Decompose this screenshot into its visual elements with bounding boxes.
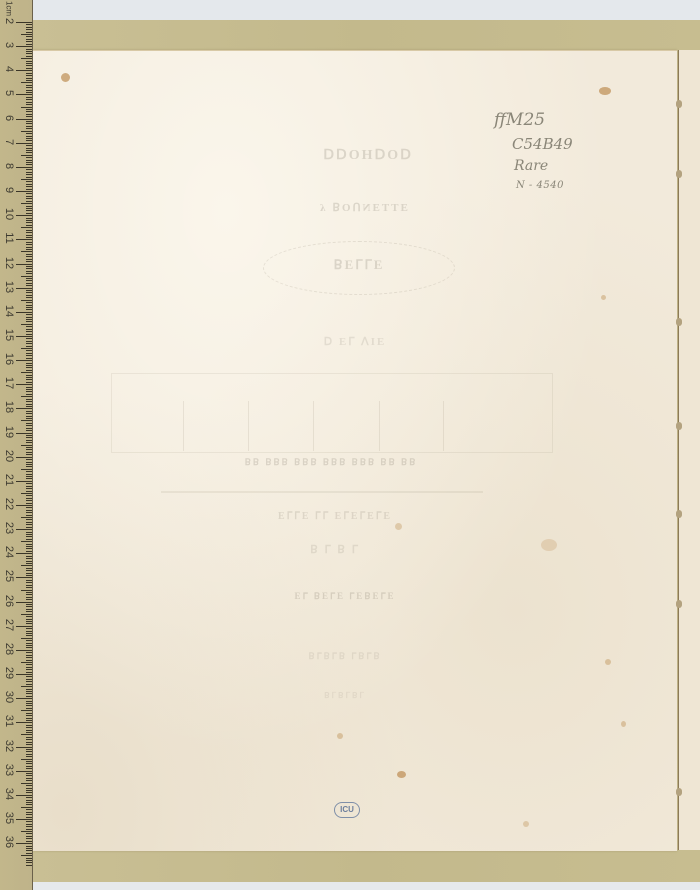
- ruler-mm-tick: [21, 855, 32, 856]
- ruler-mm-tick: [26, 669, 32, 670]
- ruler-mm-tick: [26, 334, 32, 335]
- ruler-mm-tick: [26, 437, 32, 438]
- ruler-mm-tick: [21, 662, 32, 663]
- ruler-mm-tick: [26, 68, 32, 69]
- ruler-mm-tick: [26, 664, 32, 665]
- ruler-cm-label: 30: [3, 689, 15, 705]
- ruler-mm-tick: [26, 544, 32, 545]
- ghost-imprint-5: ꓶꓭꓶꓭꓶꓭ: [223, 691, 463, 700]
- ruler-mm-tick: [26, 548, 32, 549]
- ruler-cm-label: 3: [3, 37, 15, 53]
- ruler-mm-tick: [26, 247, 32, 248]
- foxing-stain: [523, 821, 529, 827]
- ruler-mm-tick: [26, 838, 32, 839]
- ruler-mm-tick: [26, 75, 32, 76]
- ruler-mm-tick: [26, 411, 32, 412]
- ruler-cm-label: 31: [3, 713, 15, 729]
- ruler-mm-tick: [26, 220, 32, 221]
- ghost-title: ᗡOᗡHOᗡᗡ: [281, 147, 451, 164]
- ruler-cm-label: 29: [3, 665, 15, 681]
- ruler-mm-tick: [26, 136, 32, 137]
- ruler-cm-label: 23: [3, 520, 15, 536]
- ruler-mm-tick: [26, 230, 32, 231]
- ruler-mm-tick: [26, 546, 32, 547]
- ruler-mm-tick: [26, 413, 32, 414]
- ruler-mm-tick: [21, 614, 32, 615]
- ruler-mm-tick: [26, 283, 32, 284]
- ruler-mm-tick: [26, 524, 32, 525]
- ruler-mm-tick: [26, 27, 32, 28]
- ruler-mm-tick: [26, 235, 32, 236]
- ruler-mm-tick: [26, 184, 32, 185]
- ruler-mm-tick: [21, 734, 32, 735]
- ruler-mm-tick: [26, 109, 32, 110]
- ruler-mm-tick: [26, 244, 32, 245]
- ruler-mm-tick: [26, 367, 32, 368]
- ruler-mm-tick: [26, 592, 32, 593]
- ruler-mm-tick: [26, 763, 32, 764]
- ruler-mm-tick: [26, 346, 32, 347]
- ruler-mm-tick: [26, 331, 32, 332]
- ruler-mm-tick: [26, 285, 32, 286]
- ruler-mm-tick: [26, 804, 32, 805]
- ruler-mm-tick: [26, 418, 32, 419]
- ruler-cm-label: 16: [3, 351, 15, 367]
- ruler-mm-tick: [26, 280, 32, 281]
- ruler-mm-tick: [26, 498, 32, 499]
- ruler-mm-tick: [21, 783, 32, 784]
- ruler-mm-tick: [26, 536, 32, 537]
- ruler-mm-tick: [26, 860, 32, 861]
- ruler-cm-label: 19: [3, 424, 15, 440]
- ruler-cm-label: 15: [3, 327, 15, 343]
- ruler-cm-tick: [16, 408, 32, 409]
- ruler-mm-tick: [26, 817, 32, 818]
- ruler-mm-tick: [26, 97, 32, 98]
- call-number-line-1: ffM25: [494, 112, 592, 129]
- ruler-mm-tick: [26, 355, 32, 356]
- ruler-mm-tick: [26, 307, 32, 308]
- ruler-mm-tick: [26, 278, 32, 279]
- ruler-cm-label: 4: [3, 61, 15, 77]
- ruler-cm-tick: [16, 505, 32, 506]
- ruler-mm-tick: [26, 256, 32, 257]
- ruler-cm-tick: [16, 46, 32, 47]
- ruler-mm-tick: [26, 314, 32, 315]
- ruler-mm-tick: [26, 597, 32, 598]
- ruler-mm-tick: [26, 833, 32, 834]
- ruler-mm-tick: [21, 565, 32, 566]
- ghost-imprint-1: ƎꓶƎꓶƎꓶƎ ꓶꓶ ƎꓶꓶƎ: [173, 511, 493, 522]
- ruler-mm-tick: [26, 519, 32, 520]
- ruler-cm-tick: [16, 674, 32, 675]
- ruler-cm-label: 27: [3, 617, 15, 633]
- ruler-mm-tick: [26, 208, 32, 209]
- foxing-stain: [541, 539, 557, 551]
- ruler-mm-tick: [26, 150, 32, 151]
- ruler-mm-tick: [26, 720, 32, 721]
- ruler-mm-tick: [26, 309, 32, 310]
- ruler-mm-tick: [26, 768, 32, 769]
- ruler-mm-tick: [26, 254, 32, 255]
- ruler-mm-tick: [26, 121, 32, 122]
- ruler-mm-tick: [21, 590, 32, 591]
- ruler-mm-tick: [26, 512, 32, 513]
- ruler-mm-tick: [26, 399, 32, 400]
- ruler-cm-label: 18: [3, 399, 15, 415]
- ruler-mm-tick: [26, 133, 32, 134]
- ruler-mm-tick: [26, 174, 32, 175]
- ruler-mm-tick: [26, 582, 32, 583]
- ruler-mm-tick: [26, 193, 32, 194]
- ruler-mm-tick: [26, 201, 32, 202]
- ruler-mm-tick: [26, 259, 32, 260]
- ruler-mm-tick: [26, 169, 32, 170]
- ruler-cm-tick: [16, 843, 32, 844]
- ruler-mm-tick: [21, 58, 32, 59]
- ruler-mm-tick: [26, 305, 32, 306]
- ruler-cm-label: 20: [3, 448, 15, 464]
- ruler-mm-tick: [26, 172, 32, 173]
- ghost-imprint-4: ꓭꓶꓭꓶ ꓭꓶꓭꓶꓭ: [203, 651, 483, 662]
- ruler-cm-tick: [16, 433, 32, 434]
- ruler-mm-tick: [26, 621, 32, 622]
- ruler-cm-label: 33: [3, 762, 15, 778]
- ruler-mm-tick: [21, 469, 32, 470]
- ruler-mm-tick: [26, 474, 32, 475]
- ruler-mm-tick: [26, 778, 32, 779]
- ruler-mm-tick: [26, 826, 32, 827]
- ruler-mm-tick: [26, 382, 32, 383]
- ruler-cm-label: 6: [3, 110, 15, 126]
- ruler-mm-tick: [26, 507, 32, 508]
- ruler-mm-tick: [26, 319, 32, 320]
- ruler-mm-tick: [26, 575, 32, 576]
- ruler-mm-tick: [21, 227, 32, 228]
- ruler-mm-tick: [26, 558, 32, 559]
- ruler-mm-tick: [26, 667, 32, 668]
- ruler-cm-label: 9: [3, 182, 15, 198]
- ruler-mm-tick: [26, 606, 32, 607]
- ruler-mm-tick: [26, 92, 32, 93]
- ruler-mm-tick: [26, 705, 32, 706]
- ghost-table-footer: ꓭꓭ ꓭꓭ ꓭꓭꓭ ꓭꓭꓭ ꓭꓭꓭ ꓭꓭꓭ ꓭꓭ: [129, 457, 529, 468]
- ruler-cm-label: 12: [3, 255, 15, 271]
- ruler-mm-tick: [26, 563, 32, 564]
- ruler-mm-tick: [26, 684, 32, 685]
- foxing-stain: [605, 659, 611, 665]
- ruler-mm-tick: [26, 466, 32, 467]
- ruler-mm-tick: [26, 416, 32, 417]
- ruler-mm-tick: [26, 387, 32, 388]
- ruler-mm-tick: [26, 676, 32, 677]
- ruler-mm-tick: [26, 534, 32, 535]
- ruler-mm-tick: [26, 126, 32, 127]
- ruler-mm-tick: [26, 428, 32, 429]
- ruler-mm-tick: [26, 478, 32, 479]
- ruler-mm-tick: [26, 206, 32, 207]
- ruler-mm-tick: [21, 82, 32, 83]
- ruler-mm-tick: [26, 152, 32, 153]
- ruler-mm-tick: [26, 792, 32, 793]
- ruler-mm-tick: [26, 703, 32, 704]
- ruler-mm-tick: [26, 363, 32, 364]
- ruler-mm-tick: [26, 365, 32, 366]
- ruler-mm-tick: [26, 829, 32, 830]
- ghost-subtitle: ƎTTƎNՈOꓭ ʎ: [253, 201, 473, 214]
- ruler-mm-tick: [26, 394, 32, 395]
- ruler-mm-tick: [26, 65, 32, 66]
- ruler-mm-tick: [26, 104, 32, 105]
- ruler-mm-tick: [26, 814, 32, 815]
- ruler-mm-tick: [26, 225, 32, 226]
- ruler-mm-tick: [26, 302, 32, 303]
- ruler-mm-tick: [26, 49, 32, 50]
- ruler-mm-tick: [26, 218, 32, 219]
- ruler-mm-tick: [26, 222, 32, 223]
- ruler-mm-tick: [26, 350, 32, 351]
- call-number-line-4: N - 4540: [516, 181, 592, 191]
- ruler-mm-tick: [26, 483, 32, 484]
- ruler-mm-tick: [26, 775, 32, 776]
- ruler-cm-label: 25: [3, 568, 15, 584]
- ruler-mm-tick: [26, 343, 32, 344]
- ruler-mm-tick: [26, 773, 32, 774]
- ruler-mm-tick: [26, 162, 32, 163]
- ruler-mm-tick: [26, 848, 32, 849]
- ruler-mm-tick: [26, 751, 32, 752]
- ruler-mm-tick: [26, 718, 32, 719]
- ruler-cm-label: 28: [3, 641, 15, 657]
- ruler-cm-tick: [16, 481, 32, 482]
- ruler-mm-tick: [26, 39, 32, 40]
- ghost-divider-rule: [161, 491, 483, 493]
- ruler-mm-tick: [26, 691, 32, 692]
- call-number-line-3: Rare: [514, 159, 592, 173]
- ruler-mm-tick: [26, 261, 32, 262]
- ruler-mm-tick: [26, 652, 32, 653]
- ruler-mm-tick: [26, 532, 32, 533]
- ruler-mm-tick: [21, 686, 32, 687]
- ruler-mm-tick: [21, 34, 32, 35]
- ruler-mm-tick: [26, 85, 32, 86]
- ruler-mm-tick: [26, 749, 32, 750]
- ruler-mm-tick: [26, 464, 32, 465]
- ruler-mm-tick: [26, 713, 32, 714]
- ruler-mm-tick: [26, 148, 32, 149]
- ruler-cm-tick: [16, 747, 32, 748]
- ruler-mm-tick: [26, 56, 32, 57]
- ruler-mm-tick: [21, 348, 32, 349]
- ruler-mm-tick: [26, 338, 32, 339]
- ruler-mm-tick: [26, 24, 32, 25]
- ruler-cm-tick: [16, 264, 32, 265]
- ruler-cm-tick: [16, 553, 32, 554]
- ruler-mm-tick: [26, 157, 32, 158]
- ruler-mm-tick: [26, 725, 32, 726]
- ruler-mm-tick: [26, 865, 32, 866]
- ruler-mm-tick: [21, 372, 32, 373]
- ghost-cartouche-text: ƎꓶꓶƎꓭ: [287, 257, 427, 273]
- ruler-mm-tick: [26, 802, 32, 803]
- ruler-cm-label: 11: [3, 230, 15, 246]
- ruler-mm-tick: [26, 375, 32, 376]
- ruler-cm-tick: [16, 457, 32, 458]
- ruler-mm-tick: [26, 140, 32, 141]
- ruler-mm-tick: [26, 742, 32, 743]
- ruler-mm-tick: [26, 454, 32, 455]
- ruler-mm-tick: [21, 807, 32, 808]
- ruler-mm-tick: [21, 831, 32, 832]
- ruler-mm-tick: [26, 232, 32, 233]
- ruler-mm-tick: [26, 515, 32, 516]
- ruler-mm-tick: [26, 645, 32, 646]
- ruler-mm-tick: [26, 800, 32, 801]
- ruler-mm-tick: [26, 90, 32, 91]
- ruler-mm-tick: [26, 824, 32, 825]
- ruler-mm-tick: [26, 290, 32, 291]
- ruler-cm-tick: [16, 626, 32, 627]
- foxing-stain: [395, 523, 402, 530]
- ruler-mm-tick: [26, 660, 32, 661]
- ruler-mm-tick: [26, 858, 32, 859]
- ruler-mm-tick: [26, 196, 32, 197]
- ruler-mm-tick: [26, 111, 32, 112]
- ruler-mm-tick: [26, 391, 32, 392]
- ruler-mm-tick: [26, 862, 32, 863]
- ruler-cm-tick: [16, 94, 32, 95]
- ruler-mm-tick: [26, 266, 32, 267]
- ruler-mm-tick: [26, 160, 32, 161]
- ruler-cm-label: 36: [3, 834, 15, 850]
- ruler-cm-tick: [16, 771, 32, 772]
- ruler-mm-tick: [26, 102, 32, 103]
- foxing-stain: [61, 73, 70, 82]
- binding-hole: [676, 510, 682, 518]
- ruler-cm-tick: [16, 722, 32, 723]
- ruler-mm-tick: [26, 744, 32, 745]
- ruler-mm-tick: [26, 128, 32, 129]
- ruler-mm-tick: [21, 420, 32, 421]
- ruler-mm-tick: [21, 155, 32, 156]
- ruler-cm-label: 2: [3, 13, 15, 29]
- ruler-mm-tick: [26, 116, 32, 117]
- ruler-mm-tick: [26, 99, 32, 100]
- ruler-mm-tick: [21, 203, 32, 204]
- ruler-mm-tick: [26, 249, 32, 250]
- scanner-background: [0, 0, 700, 20]
- ruler-mm-tick: [26, 785, 32, 786]
- ruler-mm-tick: [26, 447, 32, 448]
- ruler-mm-tick: [26, 406, 32, 407]
- ruler-mm-tick: [26, 853, 32, 854]
- ruler-mm-tick: [26, 797, 32, 798]
- ruler-mm-tick: [26, 476, 32, 477]
- ruler-mm-tick: [26, 616, 32, 617]
- ruler-cm-tick: [16, 22, 32, 23]
- ruler-mm-tick: [26, 491, 32, 492]
- ruler-mm-tick: [26, 164, 32, 165]
- ghost-table-divider: [313, 401, 314, 451]
- ruler-mm-tick: [26, 604, 32, 605]
- ruler-mm-tick: [26, 756, 32, 757]
- ruler-mm-tick: [26, 732, 32, 733]
- foxing-stain: [397, 771, 406, 778]
- ruler-mm-tick: [26, 78, 32, 79]
- ruler-mm-tick: [26, 87, 32, 88]
- ruler-mm-tick: [26, 539, 32, 540]
- ruler-mm-tick: [26, 271, 32, 272]
- ruler-mm-tick: [21, 759, 32, 760]
- binding-hole: [676, 422, 682, 430]
- ruler-mm-tick: [26, 430, 32, 431]
- foxing-stain: [601, 295, 606, 300]
- ruler-mm-tick: [26, 510, 32, 511]
- ruler-mm-tick: [26, 440, 32, 441]
- ruler-mm-tick: [26, 29, 32, 30]
- ruler-cm-tick: [16, 167, 32, 168]
- ruler-mm-tick: [26, 321, 32, 322]
- ruler-mm-tick: [26, 788, 32, 789]
- ruler-mm-tick: [26, 177, 32, 178]
- ruler-mm-tick: [26, 599, 32, 600]
- ruler-mm-tick: [26, 389, 32, 390]
- ghost-imprint-2: ꓶ ꓭ ꓶ ꓭ: [213, 543, 453, 556]
- ruler-cm-tick: [16, 650, 32, 651]
- ruler-mm-tick: [26, 377, 32, 378]
- ghost-contents-table: [111, 373, 553, 453]
- ruler-mm-tick: [26, 297, 32, 298]
- foxing-stain: [621, 721, 626, 727]
- ruler-mm-tick: [26, 452, 32, 453]
- ruler-mm-tick: [26, 568, 32, 569]
- foxing-stain: [599, 87, 611, 95]
- ruler-mm-tick: [26, 737, 32, 738]
- ruler-mm-tick: [21, 517, 32, 518]
- ruler-mm-tick: [26, 36, 32, 37]
- ruler-cm-tick: [16, 336, 32, 337]
- ruler-cm-label: 7: [3, 134, 15, 150]
- binding-hole: [676, 318, 682, 326]
- library-stamp: ICU: [334, 802, 360, 818]
- ruler-mm-tick: [26, 210, 32, 211]
- ruler-mm-tick: [26, 425, 32, 426]
- ruler-mm-tick: [26, 495, 32, 496]
- ruler-mm-tick: [21, 107, 32, 108]
- ruler-mm-tick: [26, 370, 32, 371]
- binding-hole: [676, 600, 682, 608]
- ruler-mm-tick: [26, 594, 32, 595]
- ruler-mm-tick: [26, 836, 32, 837]
- ruler-mm-tick: [26, 739, 32, 740]
- ruler-cm-label: 34: [3, 786, 15, 802]
- ghost-table-divider: [379, 401, 380, 451]
- ruler-mm-tick: [26, 404, 32, 405]
- ruler-mm-tick: [26, 268, 32, 269]
- ruler-cm-tick: [16, 312, 32, 313]
- ruler-mm-tick: [26, 696, 32, 697]
- ruler-mm-tick: [26, 790, 32, 791]
- ruler-mm-tick: [21, 541, 32, 542]
- ruler-mm-tick: [26, 551, 32, 552]
- ruler-mm-tick: [26, 353, 32, 354]
- ruler-cm-tick: [16, 191, 32, 192]
- ruler-mm-tick: [26, 503, 32, 504]
- ruler-mm-tick: [26, 657, 32, 658]
- ruler-mm-tick: [26, 643, 32, 644]
- ruler-mm-tick: [26, 317, 32, 318]
- binding-hole: [676, 170, 682, 178]
